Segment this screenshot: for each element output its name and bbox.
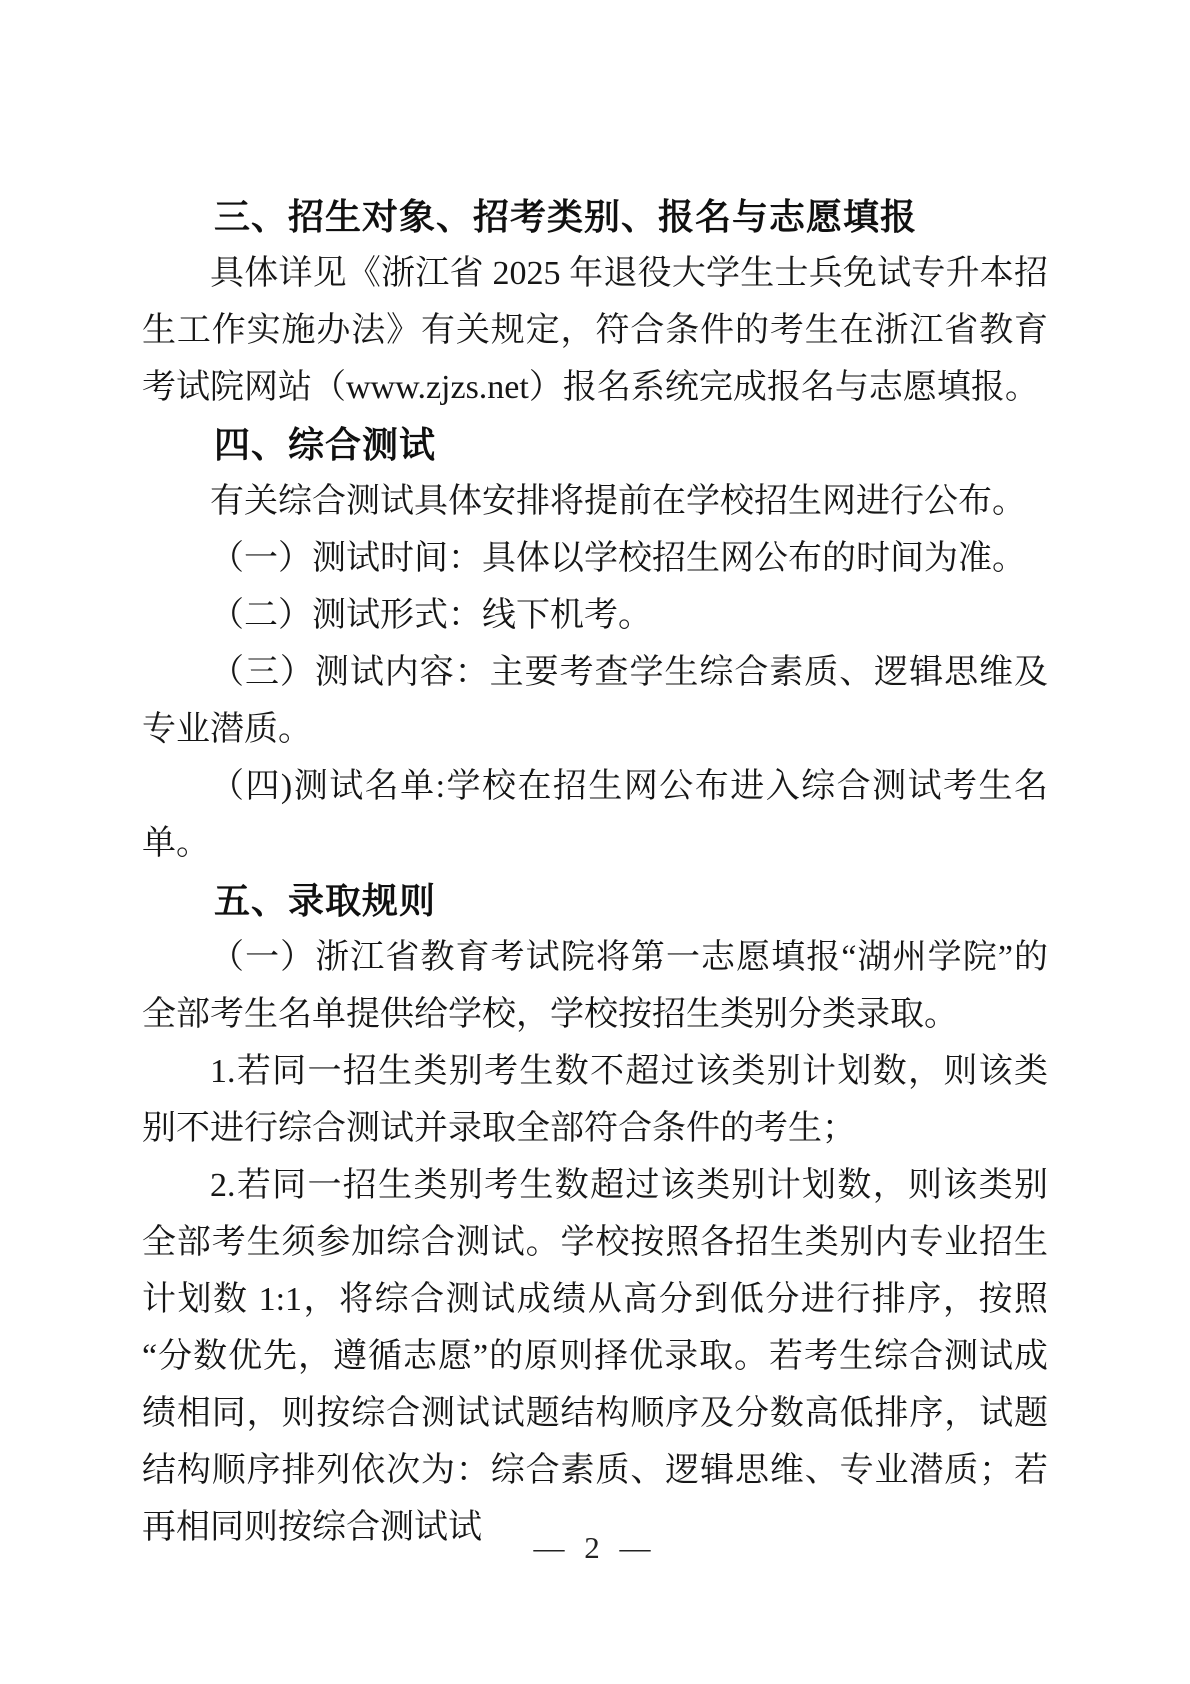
body-paragraph: 具体详见《浙江省 2025 年退役大学生士兵免试专升本招生工作实施办法》有关规定… — [142, 245, 1048, 416]
section-heading: 三、招生对象、招考类别、报名与志愿填报 — [142, 188, 1048, 245]
body-paragraph: （四)测试名单:学校在招生网公布进入综合测试考生名单。 — [142, 758, 1048, 872]
page-number: — 2 — — [0, 1530, 1190, 1566]
section-heading: 四、综合测试 — [142, 416, 1048, 473]
body-paragraph: （三）测试内容：主要考查学生综合素质、逻辑思维及专业潜质。 — [142, 644, 1048, 758]
body-paragraph: （一）测试时间：具体以学校招生网公布的时间为准。 — [142, 530, 1048, 587]
body-paragraph: 有关综合测试具体安排将提前在学校招生网进行公布。 — [142, 473, 1048, 530]
document-body: 三、招生对象、招考类别、报名与志愿填报具体详见《浙江省 2025 年退役大学生士… — [142, 188, 1048, 1556]
document-page: 三、招生对象、招考类别、报名与志愿填报具体详见《浙江省 2025 年退役大学生士… — [0, 0, 1190, 1684]
body-paragraph: （一）浙江省教育考试院将第一志愿填报“湖州学院”的全部考生名单提供给学校，学校按… — [142, 929, 1048, 1043]
section-heading: 五、录取规则 — [142, 872, 1048, 929]
body-paragraph: 1.若同一招生类别考生数不超过该类别计划数，则该类别不进行综合测试并录取全部符合… — [142, 1043, 1048, 1157]
body-paragraph: 2.若同一招生类别考生数超过该类别计划数，则该类别全部考生须参加综合测试。学校按… — [142, 1157, 1048, 1556]
body-paragraph: （二）测试形式：线下机考。 — [142, 587, 1048, 644]
